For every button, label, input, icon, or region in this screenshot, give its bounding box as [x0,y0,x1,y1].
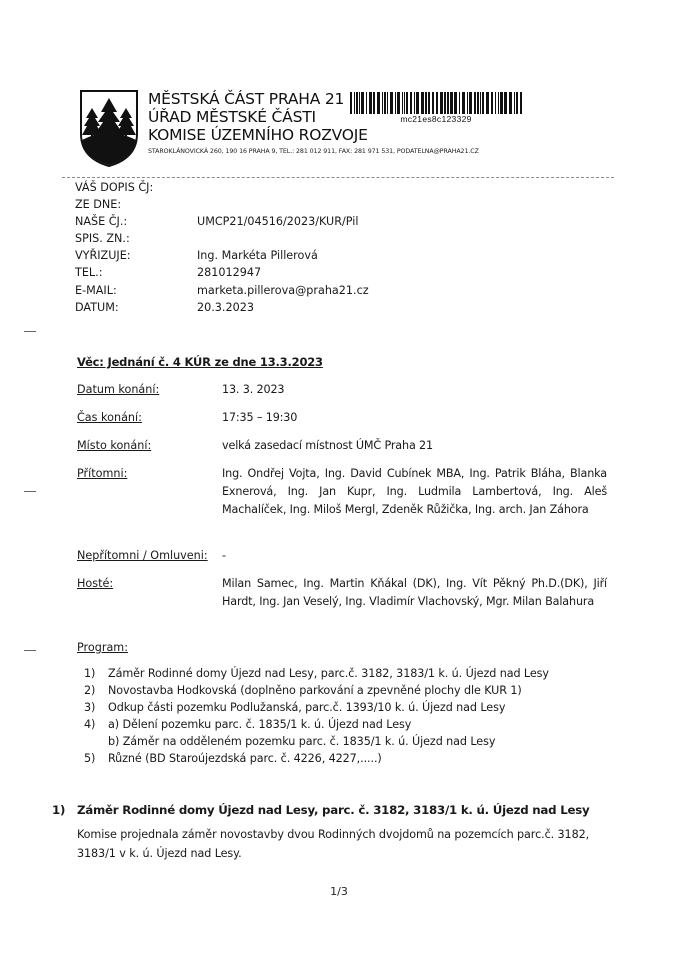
guests-value: Milan Samec, Ing. Martin Kňákal (DK), In… [222,575,607,611]
program-item-number [84,733,108,750]
program-item-number: 3) [84,699,108,716]
barcode-text: mc21es8c123329 [350,114,522,124]
place-label: Místo konání: [77,439,151,452]
program-item-text: Odkup části pozemku Podlužanská, parc.č.… [108,699,505,716]
reference-label: E-MAIL: [75,282,197,299]
reference-block: VÁŠ DOPIS ČJ:ZE DNE:NAŠE ČJ.:UMCP21/0451… [75,179,369,316]
program-item-text: Různé (BD Staroújezdská parc. č. 4226, 4… [108,750,382,767]
subject-heading: Věc: Jednání č. 4 KÚR ze dne 13.3.2023 [77,355,323,369]
section-1-heading: 1)Záměr Rodinné domy Újezd nad Lesy, par… [52,803,589,817]
date-value: 13. 3. 2023 [222,381,607,399]
present-value: Ing. Ondřej Vojta, Ing. David Cubínek MB… [222,465,607,519]
margin-mark [24,331,36,332]
section-1-number: 1) [52,803,77,817]
reference-row: ZE DNE: [75,196,369,213]
reference-value: 20.3.2023 [197,299,254,316]
program-item-number: 1) [84,665,108,682]
reference-value: UMCP21/04516/2023/KUR/Pil [197,213,359,230]
reference-row: NAŠE ČJ.:UMCP21/04516/2023/KUR/Pil [75,213,369,230]
time-label: Čas konání: [77,411,142,424]
margin-mark [24,491,36,492]
program-item: 3)Odkup části pozemku Podlužanská, parc.… [84,699,549,716]
reference-row: TEL.:281012947 [75,264,369,281]
section-1-title: Záměr Rodinné domy Újezd nad Lesy, parc.… [77,803,589,817]
guests-label: Hosté: [77,577,113,590]
reference-value: 281012947 [197,264,261,281]
header-office: ÚŘAD MĚSTSKÉ ČÁSTI [148,108,316,126]
reference-label: NAŠE ČJ.: [75,213,197,230]
program-item-text: b) Záměr na odděleném pozemku parc. č. 1… [108,733,495,750]
program-item-number: 2) [84,682,108,699]
reference-value: Ing. Markéta Pillerová [197,247,318,264]
place-value: velká zasedací místnost ÚMČ Praha 21 [222,437,607,455]
coat-of-arms-trees-icon [78,88,140,168]
date-label: Datum konání: [77,383,159,396]
reference-value: marketa.pillerova@praha21.cz [197,282,369,299]
program-list: 1)Záměr Rodinné domy Újezd nad Lesy, par… [84,665,549,767]
section-1-body: Komise projednala záměr novostavby dvou … [77,826,605,863]
absent-label: Nepřítomni / Omluveni: [77,549,208,562]
header-municipality: MĚSTSKÁ ČÁST PRAHA 21 [148,90,344,108]
header-address: STAROKLÁNOVICKÁ 260, 190 16 PRAHA 9, TEL… [148,148,479,155]
page-number: 1/3 [0,885,678,898]
time-value: 17:35 – 19:30 [222,409,607,427]
program-item: b) Záměr na odděleném pozemku parc. č. 1… [84,733,549,750]
program-label: Program: [77,641,128,654]
reference-label: DATUM: [75,299,197,316]
margin-mark [24,650,36,651]
program-item-number: 4) [84,716,108,733]
program-item: 5)Různé (BD Staroújezdská parc. č. 4226,… [84,750,549,767]
present-label: Přítomni: [77,467,127,480]
program-item: 1)Záměr Rodinné domy Újezd nad Lesy, par… [84,665,549,682]
reference-label: TEL.: [75,264,197,281]
barcode-icon [350,92,522,114]
reference-row: DATUM:20.3.2023 [75,299,369,316]
header-committee: KOMISE ÚZEMNÍHO ROZVOJE [148,126,368,144]
reference-label: VYŘIZUJE: [75,247,197,264]
header-divider [62,177,614,178]
absent-value: - [222,547,607,565]
program-item-text: Záměr Rodinné domy Újezd nad Lesy, parc.… [108,665,549,682]
reference-row: VYŘIZUJE:Ing. Markéta Pillerová [75,247,369,264]
reference-label: ZE DNE: [75,196,197,213]
reference-row: E-MAIL:marketa.pillerova@praha21.cz [75,282,369,299]
program-item-text: a) Dělení pozemku parc. č. 1835/1 k. ú. … [108,716,411,733]
program-item: 2)Novostavba Hodkovská (doplněno parková… [84,682,549,699]
reference-label: VÁŠ DOPIS ČJ: [75,179,197,196]
reference-row: VÁŠ DOPIS ČJ: [75,179,369,196]
reference-row: SPIS. ZN.: [75,230,369,247]
program-item-number: 5) [84,750,108,767]
program-item-text: Novostavba Hodkovská (doplněno parkování… [108,682,522,699]
program-item: 4)a) Dělení pozemku parc. č. 1835/1 k. ú… [84,716,549,733]
reference-label: SPIS. ZN.: [75,230,197,247]
